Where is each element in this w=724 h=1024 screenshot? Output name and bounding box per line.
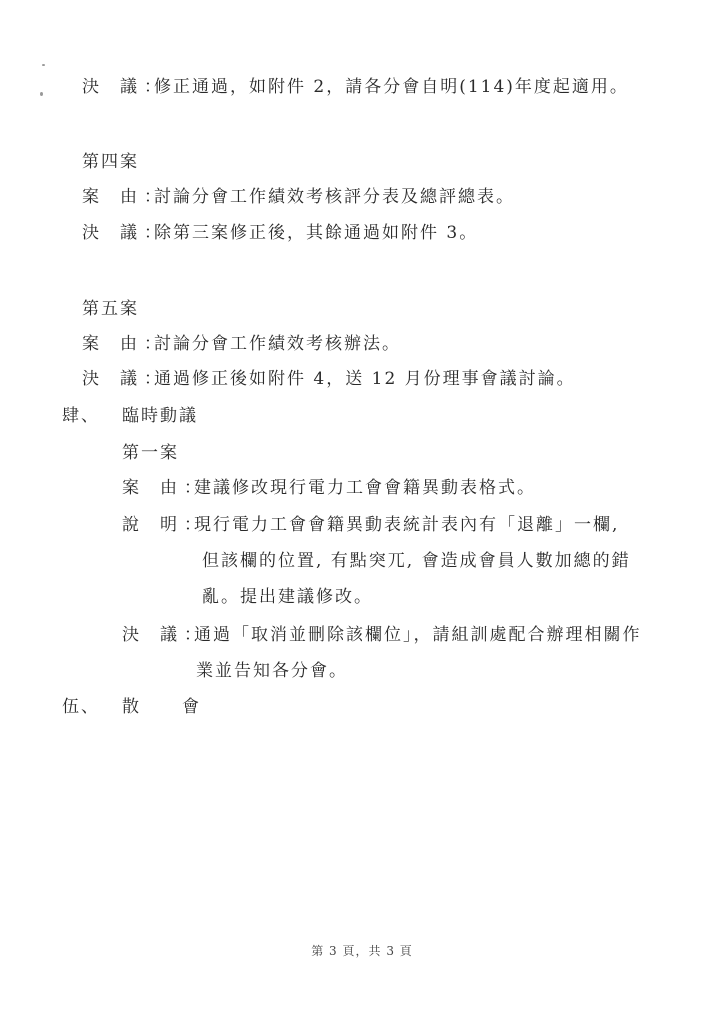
resolution-text: 修正通過，如附件 2，請各分會自明(114)年度起適用。 <box>154 77 629 97</box>
section-title: 臨時動議 <box>122 405 198 427</box>
case-reason-text: 討論分會工作績效考核評分表及總評總表。 <box>154 187 515 207</box>
case-heading: 第一案 <box>122 442 179 464</box>
explanation-continuation: 但該欄的位置, 有點突兀, 會造成會員人數加總的錯 <box>202 550 631 572</box>
scan-speck <box>40 92 43 96</box>
section-number: 肆、 <box>62 405 100 427</box>
case-heading: 第四案 <box>82 151 139 173</box>
case-heading: 第五案 <box>82 298 139 320</box>
resolution-text: 通過「取消並刪除該欄位」，請組訓處配合辦理相關作 <box>194 625 642 645</box>
resolution-text: 除第三案修正後，其餘通過如附件 3。 <box>154 223 478 243</box>
explanation-text: 現行電力工會會籍異動表統計表內有「退離」一欄, <box>194 515 619 535</box>
explanation-line: 說明：現行電力工會會籍異動表統計表內有「退離」一欄, <box>122 514 619 536</box>
case-reason-line: 案由：討論分會工作績效考核辦法。 <box>82 333 401 355</box>
scan-speck <box>42 64 45 66</box>
case-reason-text: 建議修改現行電力工會會籍異動表格式。 <box>194 478 536 498</box>
explanation-continuation: 亂。提出建議修改。 <box>202 586 373 608</box>
case-reason-text: 討論分會工作績效考核辦法。 <box>154 334 401 354</box>
label: 決議 <box>82 76 144 98</box>
section-title: 散會 <box>122 696 201 718</box>
case-reason-line: 案由：建議修改現行電力工會會籍異動表格式。 <box>122 477 536 499</box>
resolution-text: 通過修正後如附件 4，送 12 月份理事會議討論。 <box>154 369 576 389</box>
section-number: 伍、 <box>62 696 100 718</box>
case-reason-line: 案由：討論分會工作績效考核評分表及總評總表。 <box>82 186 515 208</box>
resolution-line: 決議：通過「取消並刪除該欄位」，請組訓處配合辦理相關作 <box>122 624 642 646</box>
page-footer: 第 3 頁，共 3 頁 <box>0 942 724 959</box>
resolution-continuation: 業並告知各分會。 <box>196 660 348 682</box>
resolution-line: 決議：通過修正後如附件 4，送 12 月份理事會議討論。 <box>82 368 576 390</box>
resolution-line: 決議：修正通過，如附件 2，請各分會自明(114)年度起適用。 <box>82 76 629 98</box>
resolution-line: 決議：除第三案修正後，其餘通過如附件 3。 <box>82 222 478 244</box>
